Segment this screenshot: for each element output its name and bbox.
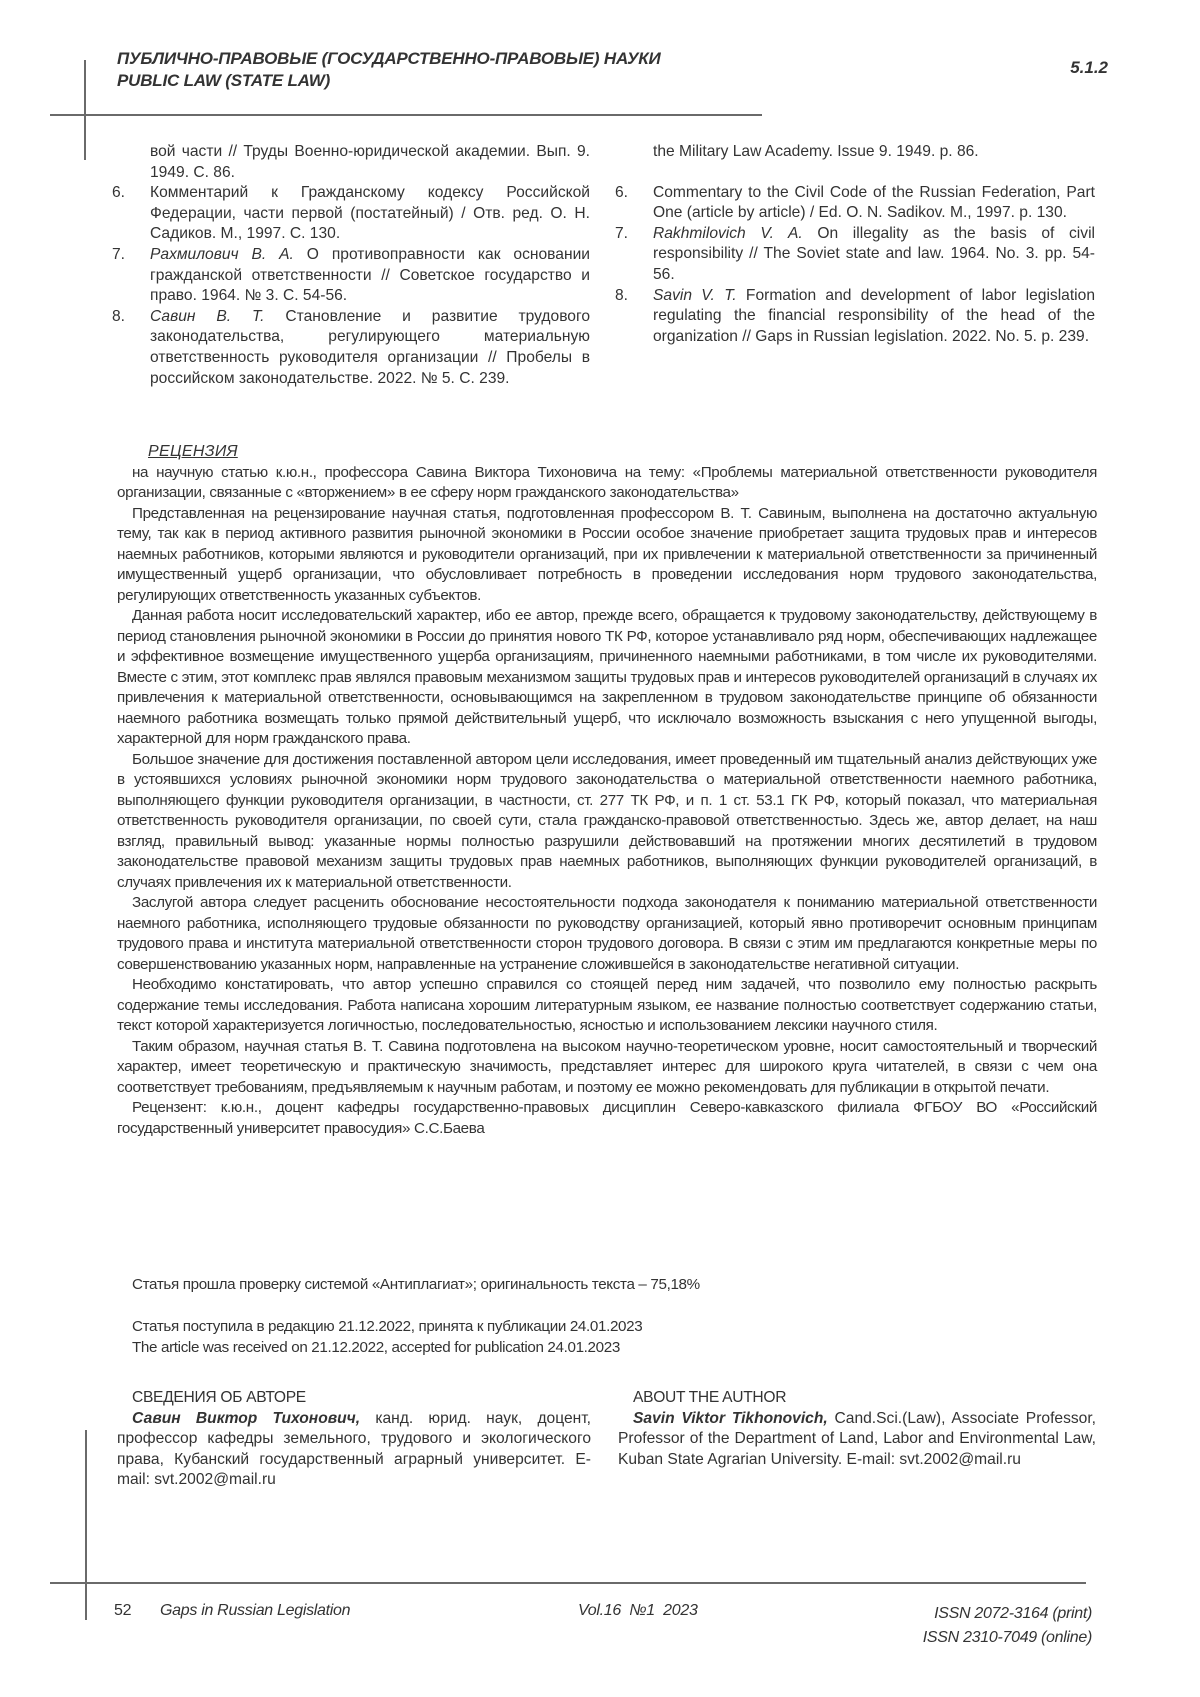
review-paragraph: Необходимо констатировать, что автор усп… [117,975,1097,1037]
antiplagiat-note: Статья прошла проверку системой «Антипла… [132,1274,700,1295]
footer-vertical-rule [85,1430,87,1620]
review-paragraph: Большое значение для достижения поставле… [117,750,1097,894]
review-paragraph: Заслугой автора следует расценить обосно… [117,893,1097,975]
section-title-ru: ПУБЛИЧНО-ПРАВОВЫЕ (ГОСУДАРСТВЕННО-ПРАВОВ… [117,48,661,70]
author-name: Савин Виктор Тихонович, [132,1410,360,1427]
reference-author: Rakhmilovich V. A. [653,225,803,242]
references-ru: вой части // Труды Военно-юридической ак… [112,142,590,389]
reference-author: Савин В. Т. [150,308,265,325]
reference-item: 8. Savin V. T. Formation and development… [615,286,1095,348]
review-paragraph: на научную статью к.ю.н., профессора Сав… [117,463,1097,504]
reference-continuation: вой части // Труды Военно-юридической ак… [112,142,590,183]
issn-print: ISSN 2072-3164 (print) [923,1602,1092,1626]
author-heading: СВЕДЕНИЯ ОБ АВТОРЕ [117,1388,591,1409]
reference-item: 6. Комментарий к Гражданскому кодексу Ро… [112,183,590,245]
reference-continuation: the Military Law Academy. Issue 9. 1949.… [615,142,1095,163]
reviewer-signature: Рецензент: к.ю.н., доцент кафедры госуда… [117,1098,1097,1139]
author-info-en: ABOUT THE AUTHOR Savin Viktor Tikhonovic… [618,1388,1096,1470]
reference-item: 7. Рахмилович В. А. О противоправности к… [112,245,590,307]
received-en: The article was received on 21.12.2022, … [132,1337,642,1358]
journal-name: Gaps in Russian Legislation [160,1602,350,1620]
review-section: РЕЦЕНЗИЯ на научную статью к.ю.н., профе… [117,442,1097,1139]
received-ru: Статья поступила в редакцию 21.12.2022, … [132,1316,642,1337]
received-dates: Статья поступила в редакцию 21.12.2022, … [132,1316,642,1358]
running-header: ПУБЛИЧНО-ПРАВОВЫЕ (ГОСУДАРСТВЕННО-ПРАВОВ… [117,48,661,92]
reference-author: Рахмилович В. А. [150,246,294,263]
reference-item: 7. Rakhmilovich V. A. On illegality as t… [615,224,1095,286]
reference-item: 8. Савин В. Т. Становление и развитие тр… [112,307,590,389]
review-title: РЕЦЕНЗИЯ [117,442,1097,463]
page-number: 52 [114,1602,131,1620]
author-heading: ABOUT THE AUTHOR [618,1388,1096,1409]
review-paragraph: Представленная на рецензирование научная… [117,504,1097,607]
reference-item: 6. Commentary to the Civil Code of the R… [615,183,1095,224]
header-vertical-rule [84,60,86,160]
review-paragraph: Данная работа носит исследовательский ха… [117,606,1097,750]
issn-online: ISSN 2310-7049 (online) [923,1626,1092,1650]
footer-horizontal-rule [50,1582,1086,1584]
section-title-en: PUBLIC LAW (STATE LAW) [117,70,661,92]
section-code: 5.1.2 [1070,58,1108,78]
volume-issue: Vol.16 №1 2023 [578,1602,698,1620]
review-paragraph: Таким образом, научная статья В. Т. Сави… [117,1037,1097,1099]
issn-block: ISSN 2072-3164 (print) ISSN 2310-7049 (o… [923,1602,1092,1650]
author-info-ru: СВЕДЕНИЯ ОБ АВТОРЕ Савин Виктор Тихонови… [117,1388,591,1491]
author-name: Savin Viktor Tikhonovich, [633,1410,828,1427]
header-horizontal-rule [50,114,762,116]
reference-author: Savin V. T. [653,287,737,304]
references-en: the Military Law Academy. Issue 9. 1949.… [615,142,1095,347]
